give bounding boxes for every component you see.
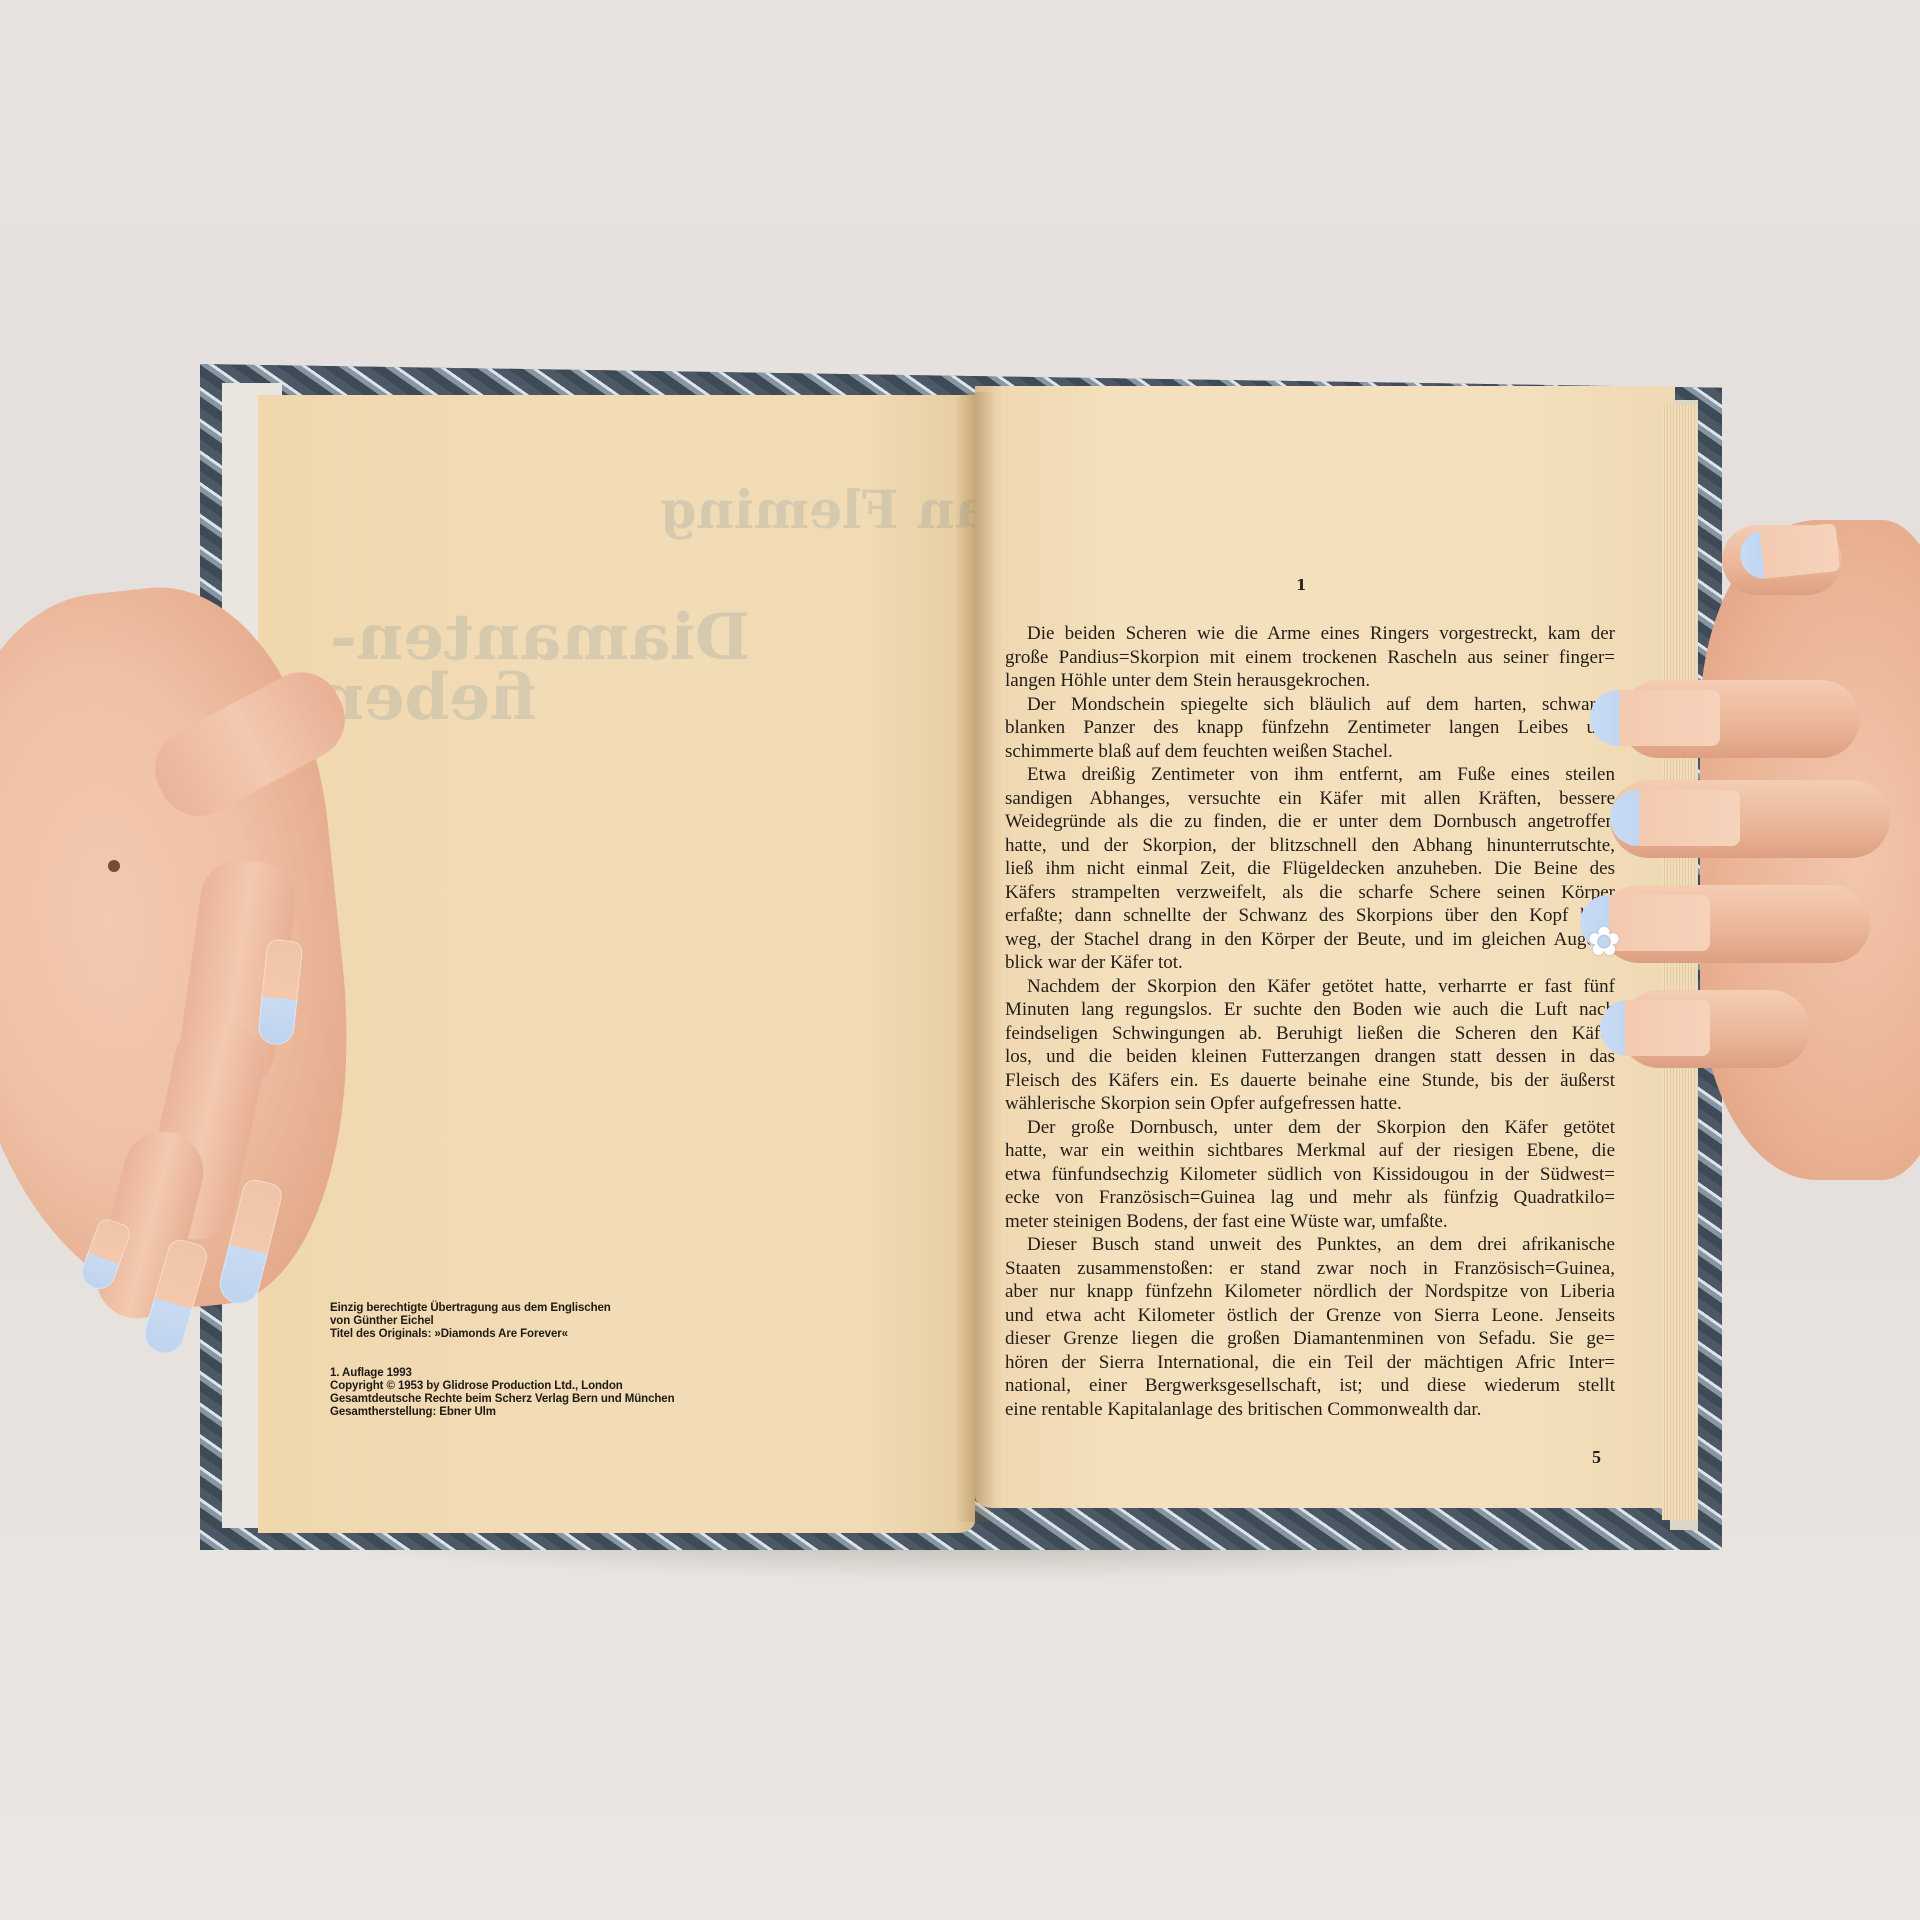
skin-mole (108, 860, 120, 872)
text-line: eine rentable Kapitalanlage des britisch… (1005, 1398, 1615, 1422)
text-line: feindseligen Schwingungen ab. Beruhigt l… (1005, 1022, 1615, 1046)
nail (1600, 1000, 1710, 1056)
text-line: hatte, war ein weithin sichtbares Merkma… (1005, 1139, 1615, 1163)
text-line: langen Höhle unter dem Stein herausgekro… (1005, 669, 1615, 693)
text-line: wählerische Skorpion sein Opfer aufgefre… (1005, 1092, 1615, 1116)
imprint-line: Einzig berechtigte Übertragung aus dem E… (330, 1302, 750, 1315)
show-through-title-line2: fieber (330, 660, 536, 735)
text-line: aber nur knapp fünfzehn Kilometer nördli… (1005, 1280, 1615, 1304)
copyright-imprint: Einzig berechtigte Übertragung aus dem E… (330, 1302, 750, 1419)
text-line: national, einer Bergwerksgesellschaft, i… (1005, 1374, 1615, 1398)
text-line: Die beiden Scheren wie die Arme eines Ri… (1005, 622, 1615, 646)
text-line: los, und die beiden kleinen Futterzangen… (1005, 1045, 1615, 1069)
text-line: erfaßte; dann schnellte der Schwanz des … (1005, 904, 1615, 928)
text-line: hören der Sierra International, die ein … (1005, 1351, 1615, 1375)
text-line: große Pandius=Skorpion mit einem trocken… (1005, 646, 1615, 670)
text-line: Käfers strampelten verzweifelt, als die … (1005, 881, 1615, 905)
imprint-line: Titel des Originals: »Diamonds Are Forev… (330, 1328, 750, 1341)
text-line: blanken Panzer des knapp fünfzehn Zentim… (1005, 716, 1615, 740)
text-line: Fleisch des Käfers ein. Es dauerte beina… (1005, 1069, 1615, 1093)
text-line: ließ ihm nicht einmal Zeit, die Flügelde… (1005, 857, 1615, 881)
imprint-line: Gesamtdeutsche Rechte beim Scherz Verlag… (330, 1393, 750, 1406)
text-line: schimmerte blaß auf dem feuchten weißen … (1005, 740, 1615, 764)
imprint-line: von Günther Eichel (330, 1315, 750, 1328)
page-number: 5 (1592, 1447, 1601, 1468)
text-line: hatte, und der Skorpion, der blitzschnel… (1005, 834, 1615, 858)
imprint-line: Copyright © 1953 by Glidrose Production … (330, 1380, 750, 1393)
text-line: Der große Dornbusch, unter dem der Skorp… (1005, 1116, 1615, 1140)
bow-nail-charm-icon: ✿ (1578, 920, 1630, 964)
text-line: Etwa dreißig Zentimeter von ihm entfernt… (1005, 763, 1615, 787)
chapter-body-text: Die beiden Scheren wie die Arme eines Ri… (1005, 622, 1615, 1421)
text-line: sandigen Abhanges, versuchte ein Käfer m… (1005, 787, 1615, 811)
text-line: etwa fünfundsechzig Kilometer südlich vo… (1005, 1163, 1615, 1187)
nail (1610, 790, 1740, 846)
text-line: blick war der Käfer tot. (1005, 951, 1615, 975)
nail (1590, 690, 1720, 746)
photo-scene: Ian Fleming Diamanten- fieber Einzig ber… (0, 0, 1920, 1920)
text-line: Staaten zusammenstoßen: er stand zwar no… (1005, 1257, 1615, 1281)
chapter-number: 1 (1296, 576, 1306, 594)
text-line: Der Mondschein spiegelte sich bläulich a… (1005, 693, 1615, 717)
text-line: und etwa acht Kilometer östlich der Gren… (1005, 1304, 1615, 1328)
text-line: Minuten lang regungslos. Er suchte den B… (1005, 998, 1615, 1022)
text-line: meter steinigen Bodens, der fast eine Wü… (1005, 1210, 1615, 1234)
gutter-shadow (955, 392, 995, 1522)
text-line: Nachdem der Skorpion den Käfer getötet h… (1005, 975, 1615, 999)
text-line: dieser Grenze liegen die großen Diamante… (1005, 1327, 1615, 1351)
text-line: ecke von Französisch=Guinea lag und mehr… (1005, 1186, 1615, 1210)
imprint-line: 1. Auflage 1993 (330, 1367, 750, 1380)
text-line: weg, der Stachel drang in den Körper der… (1005, 928, 1615, 952)
text-line: Weidegründe als die zu finden, die er un… (1005, 810, 1615, 834)
text-line: Dieser Busch stand unweit des Punktes, a… (1005, 1233, 1615, 1257)
imprint-line: Gesamtherstellung: Ebner Ulm (330, 1406, 750, 1419)
